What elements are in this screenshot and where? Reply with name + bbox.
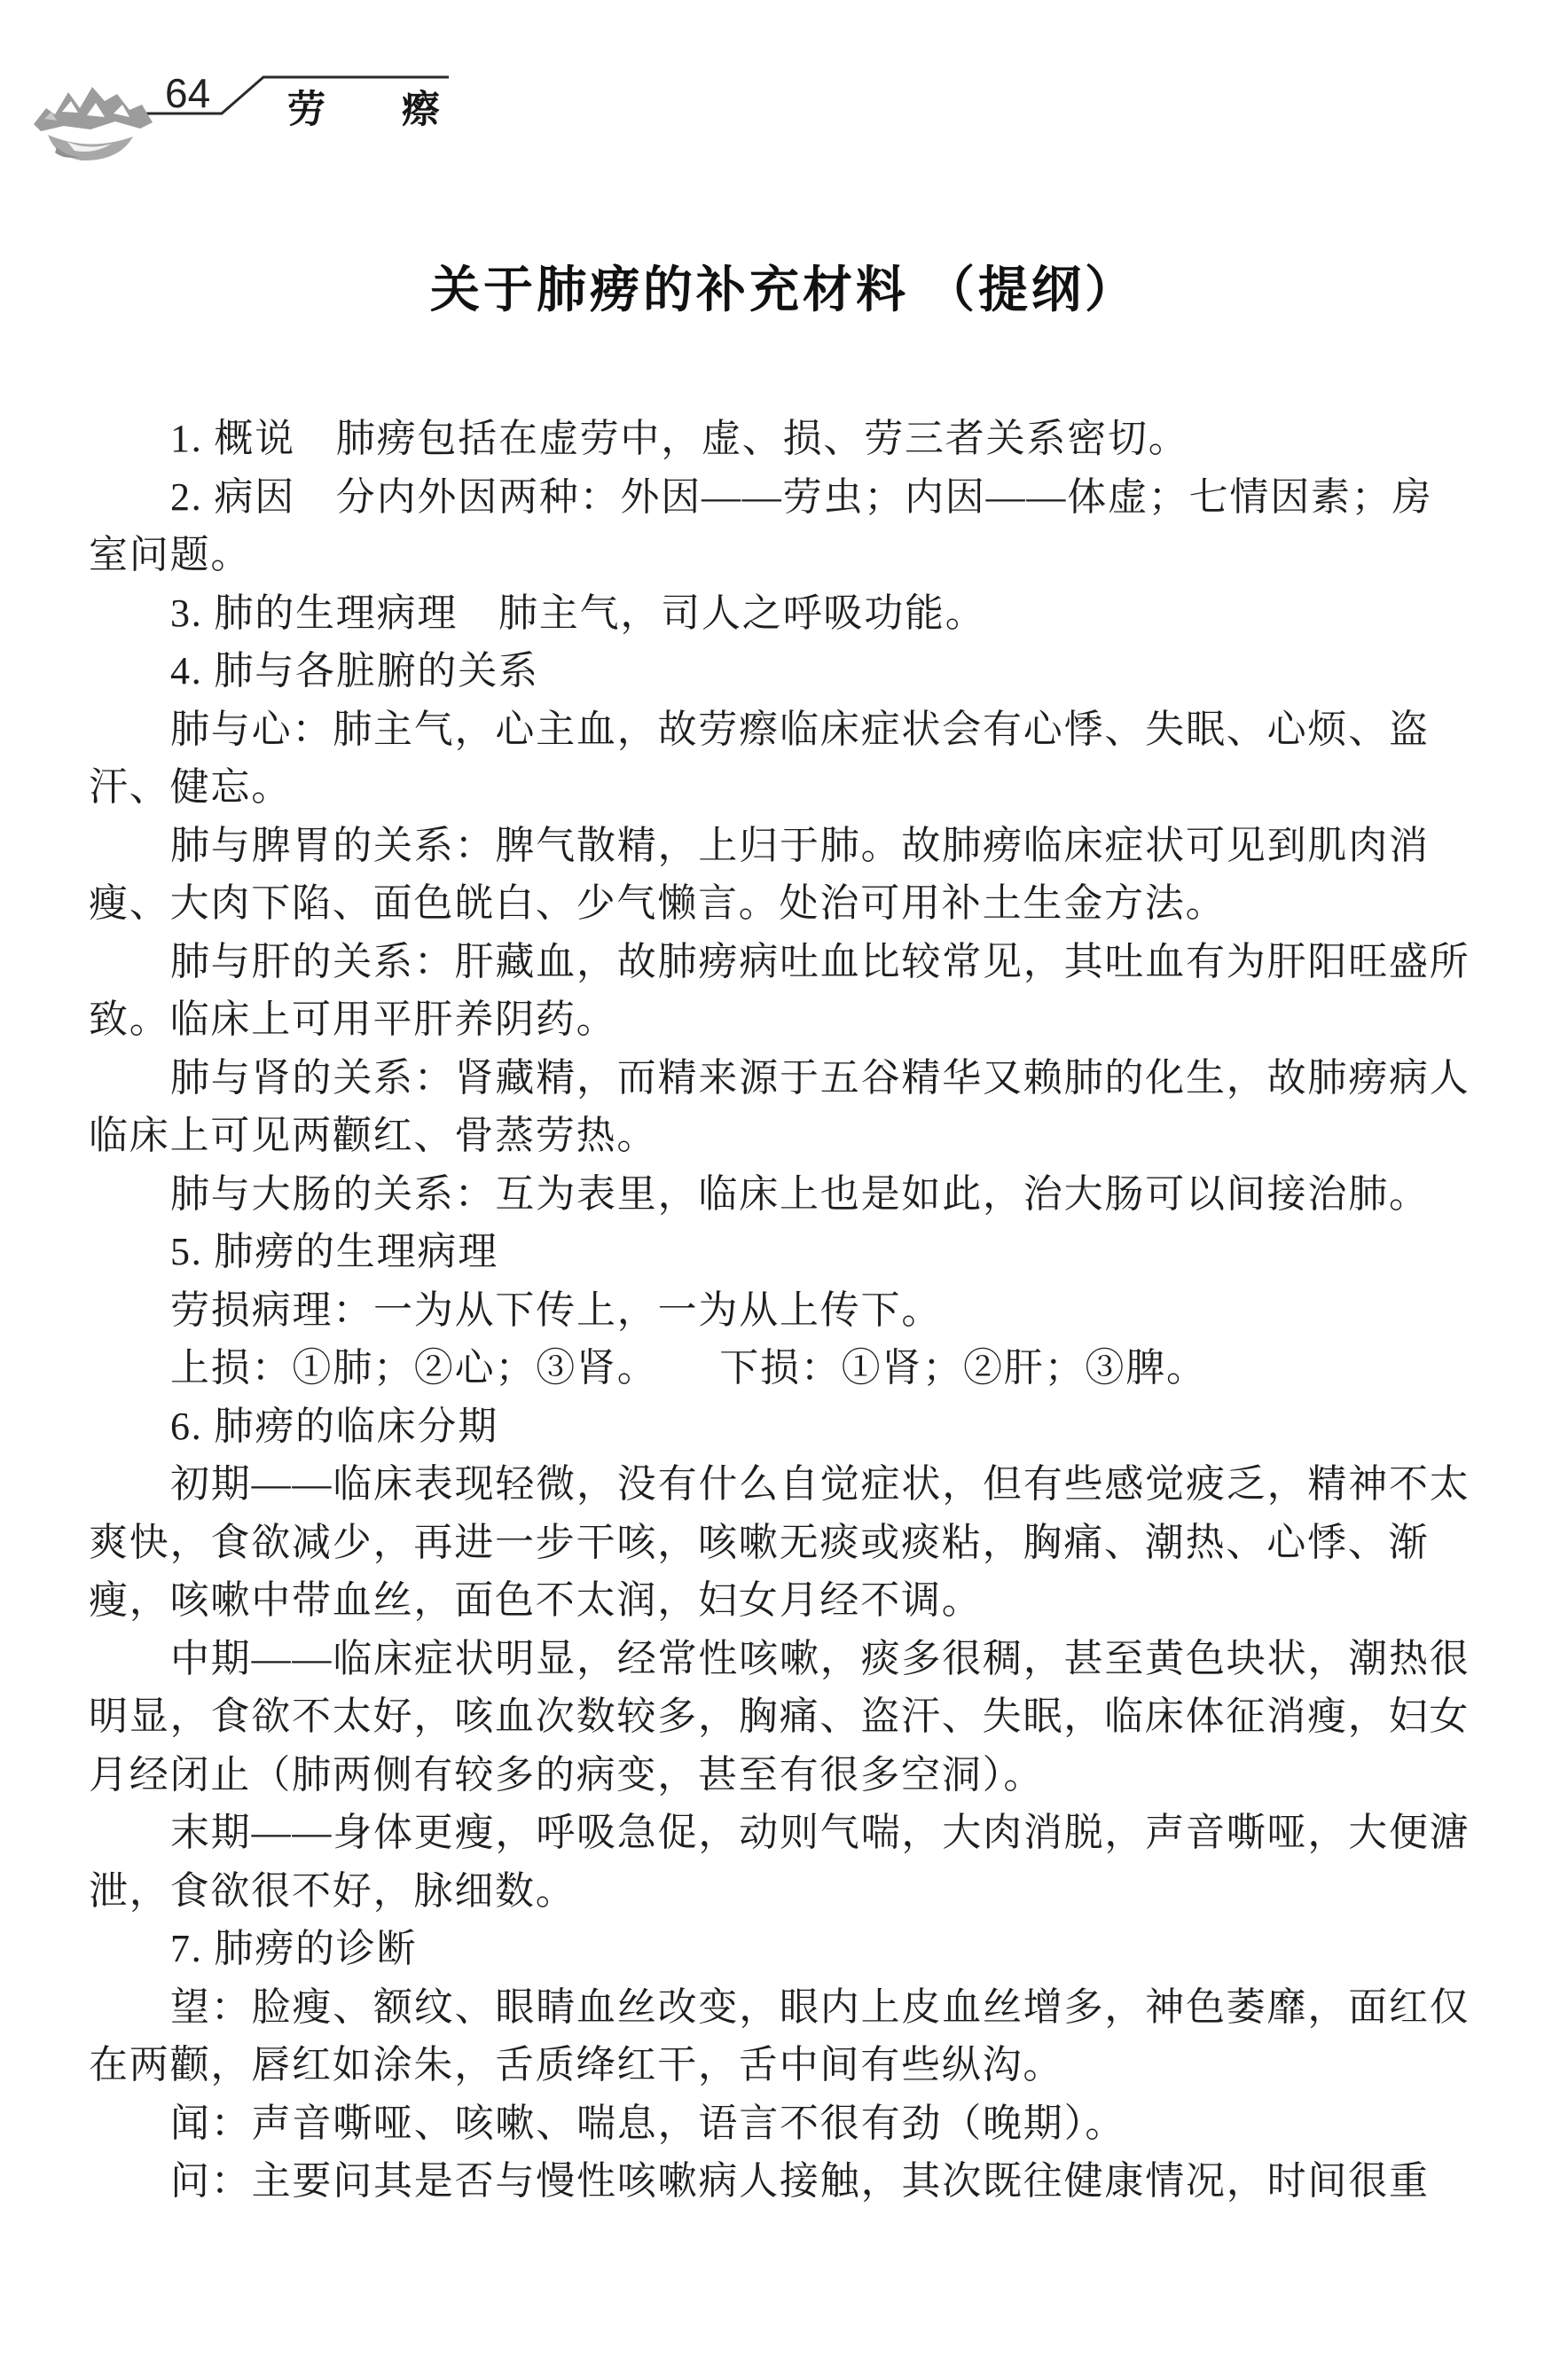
text-line: 室问题。: [89, 526, 1490, 584]
text-line: 望：脸瘦、额纹、眼睛血丝改变，眼内上皮血丝增多，神色萎靡，面红仅: [89, 1978, 1490, 2037]
text-line: 1. 概说 肺痨包括在虚劳中，虚、损、劳三者关系密切。: [89, 410, 1490, 468]
text-line: 肺与肾的关系：肾藏精，而精来源于五谷精华又赖肺的化生，故肺痨病人: [89, 1049, 1490, 1108]
text-line: 上损：①肺；②心；③肾。 下损：①肾；②肝；③脾。: [89, 1339, 1490, 1397]
landscape-stamp-icon: [27, 73, 160, 175]
text-line: 初期——临床表现轻微，没有什么自觉症状，但有些感觉疲乏，精神不太: [89, 1455, 1490, 1514]
text-line: 7. 肺痨的诊断: [89, 1920, 1490, 1978]
text-line: 明显，食欲不太好，咳血次数较多，胸痛、盗汗、失眠，临床体征消瘦，妇女: [89, 1687, 1490, 1746]
text-line: 末期——身体更瘦，呼吸急促，动则气喘，大肉消脱，声音嘶哑，大便溏: [89, 1804, 1490, 1862]
text-line: 爽快，食欲减少，再进一步干咳，咳嗽无痰或痰粘，胸痛、潮热、心悸、渐: [89, 1514, 1490, 1572]
text-line: 6. 肺痨的临床分期: [89, 1397, 1490, 1456]
text-line: 致。临床上可用平肝养阴药。: [89, 990, 1490, 1049]
text-line: 3. 肺的生理病理 肺主气，司人之呼吸功能。: [89, 584, 1490, 643]
document-title: 关于肺痨的补充材料 （提纲）: [0, 262, 1568, 319]
text-line: 闻：声音嘶哑、咳嗽、喘息，语言不很有劲（晚期）。: [89, 2094, 1490, 2153]
page-header: 64 劳 瘵: [0, 0, 1568, 186]
text-line: 临床上可见两颧红、骨蒸劳热。: [89, 1107, 1490, 1165]
text-line: 劳损病理：一为从下传上，一为从上传下。: [89, 1281, 1490, 1340]
text-line: 肺与脾胃的关系：脾气散精，上归于肺。故肺痨临床症状可见到肌肉消: [89, 817, 1490, 875]
text-line: 2. 病因 分内外因两种：外因——劳虫；内因——体虚；七情因素；房: [89, 468, 1490, 527]
text-line: 在两颧，唇红如涂朱，舌质绛红干，舌中间有些纵沟。: [89, 2036, 1490, 2094]
text-line: 5. 肺痨的生理病理: [89, 1223, 1490, 1281]
text-line: 瘦、大肉下陷、面色㿠白、少气懒言。处治可用补土生金方法。: [89, 874, 1490, 933]
text-line: 肺与心：肺主气，心主血，故劳瘵临床症状会有心悸、失眠、心烦、盗: [89, 701, 1490, 759]
page-number: 64: [165, 73, 210, 114]
text-line: 瘦，咳嗽中带血丝，面色不太润，妇女月经不调。: [89, 1571, 1490, 1630]
running-head-title: 劳 瘵: [287, 89, 440, 131]
scanned-book-page: 64 劳 瘵 关于肺痨的补充材料 （提纲） 1. 概说 肺痨包括在虚劳中，虚、损…: [0, 0, 1568, 2380]
text-line: 泄，食欲很不好，脉细数。: [89, 1862, 1490, 1921]
text-line: 4. 肺与各脏腑的关系: [89, 642, 1490, 701]
text-line: 月经闭止（肺两侧有较多的病变，甚至有很多空洞）。: [89, 1746, 1490, 1805]
text-line: 问：主要问其是否与慢性咳嗽病人接触，其次既往健康情况，时间很重: [89, 2152, 1490, 2211]
text-line: 中期——临床症状明显，经常性咳嗽，痰多很稠，甚至黄色块状，潮热很: [89, 1630, 1490, 1688]
text-line: 汗、健忘。: [89, 758, 1490, 817]
text-line: 肺与大肠的关系：互为表里，临床上也是如此，治大肠可以间接治肺。: [89, 1165, 1490, 1224]
text-line: 肺与肝的关系：肝藏血，故肺痨病吐血比较常见，其吐血有为肝阳旺盛所: [89, 933, 1490, 991]
body-text: 1. 概说 肺痨包括在虚劳中，虚、损、劳三者关系密切。2. 病因 分内外因两种：…: [89, 410, 1490, 2211]
